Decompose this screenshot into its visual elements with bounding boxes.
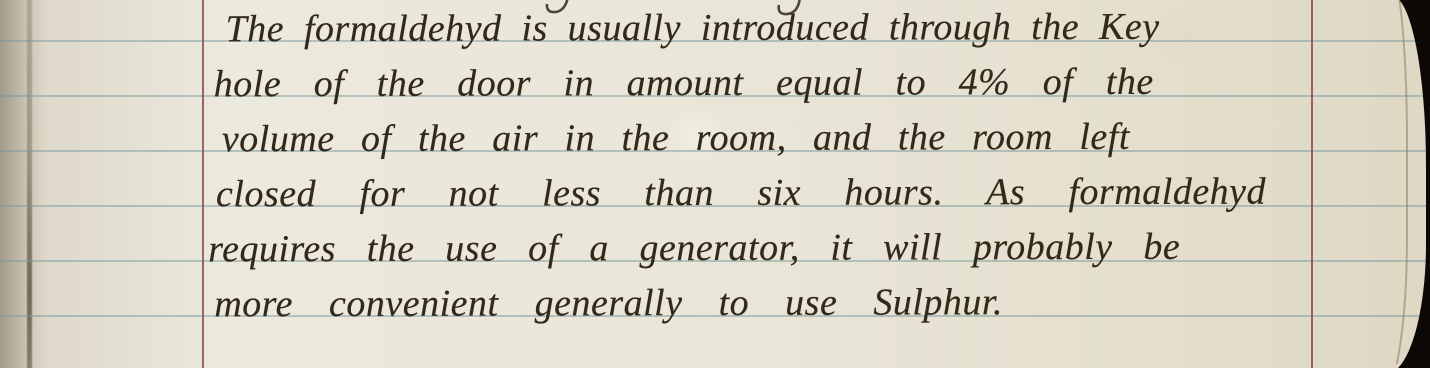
handwritten-line-4: closed for not less than six hours. As f…	[216, 169, 1266, 218]
handwritten-line-6: more convenient generally to use Sulphur…	[214, 279, 1003, 327]
notebook-paper: The formaldehyd is usually introduced th…	[0, 0, 1426, 368]
handwritten-line-5: requires the use of a generator, it will…	[208, 224, 1180, 273]
handwritten-line-1: The formaldehyd is usually introduced th…	[226, 4, 1160, 52]
scanned-notebook-page: The formaldehyd is usually introduced th…	[0, 0, 1430, 368]
handwritten-line-3: volume of the air in the room, and the r…	[222, 114, 1130, 162]
handwritten-line-2: hole of the door in amount equal to 4% o…	[214, 59, 1154, 107]
handwritten-text: The formaldehyd is usually introduced th…	[0, 0, 1426, 368]
